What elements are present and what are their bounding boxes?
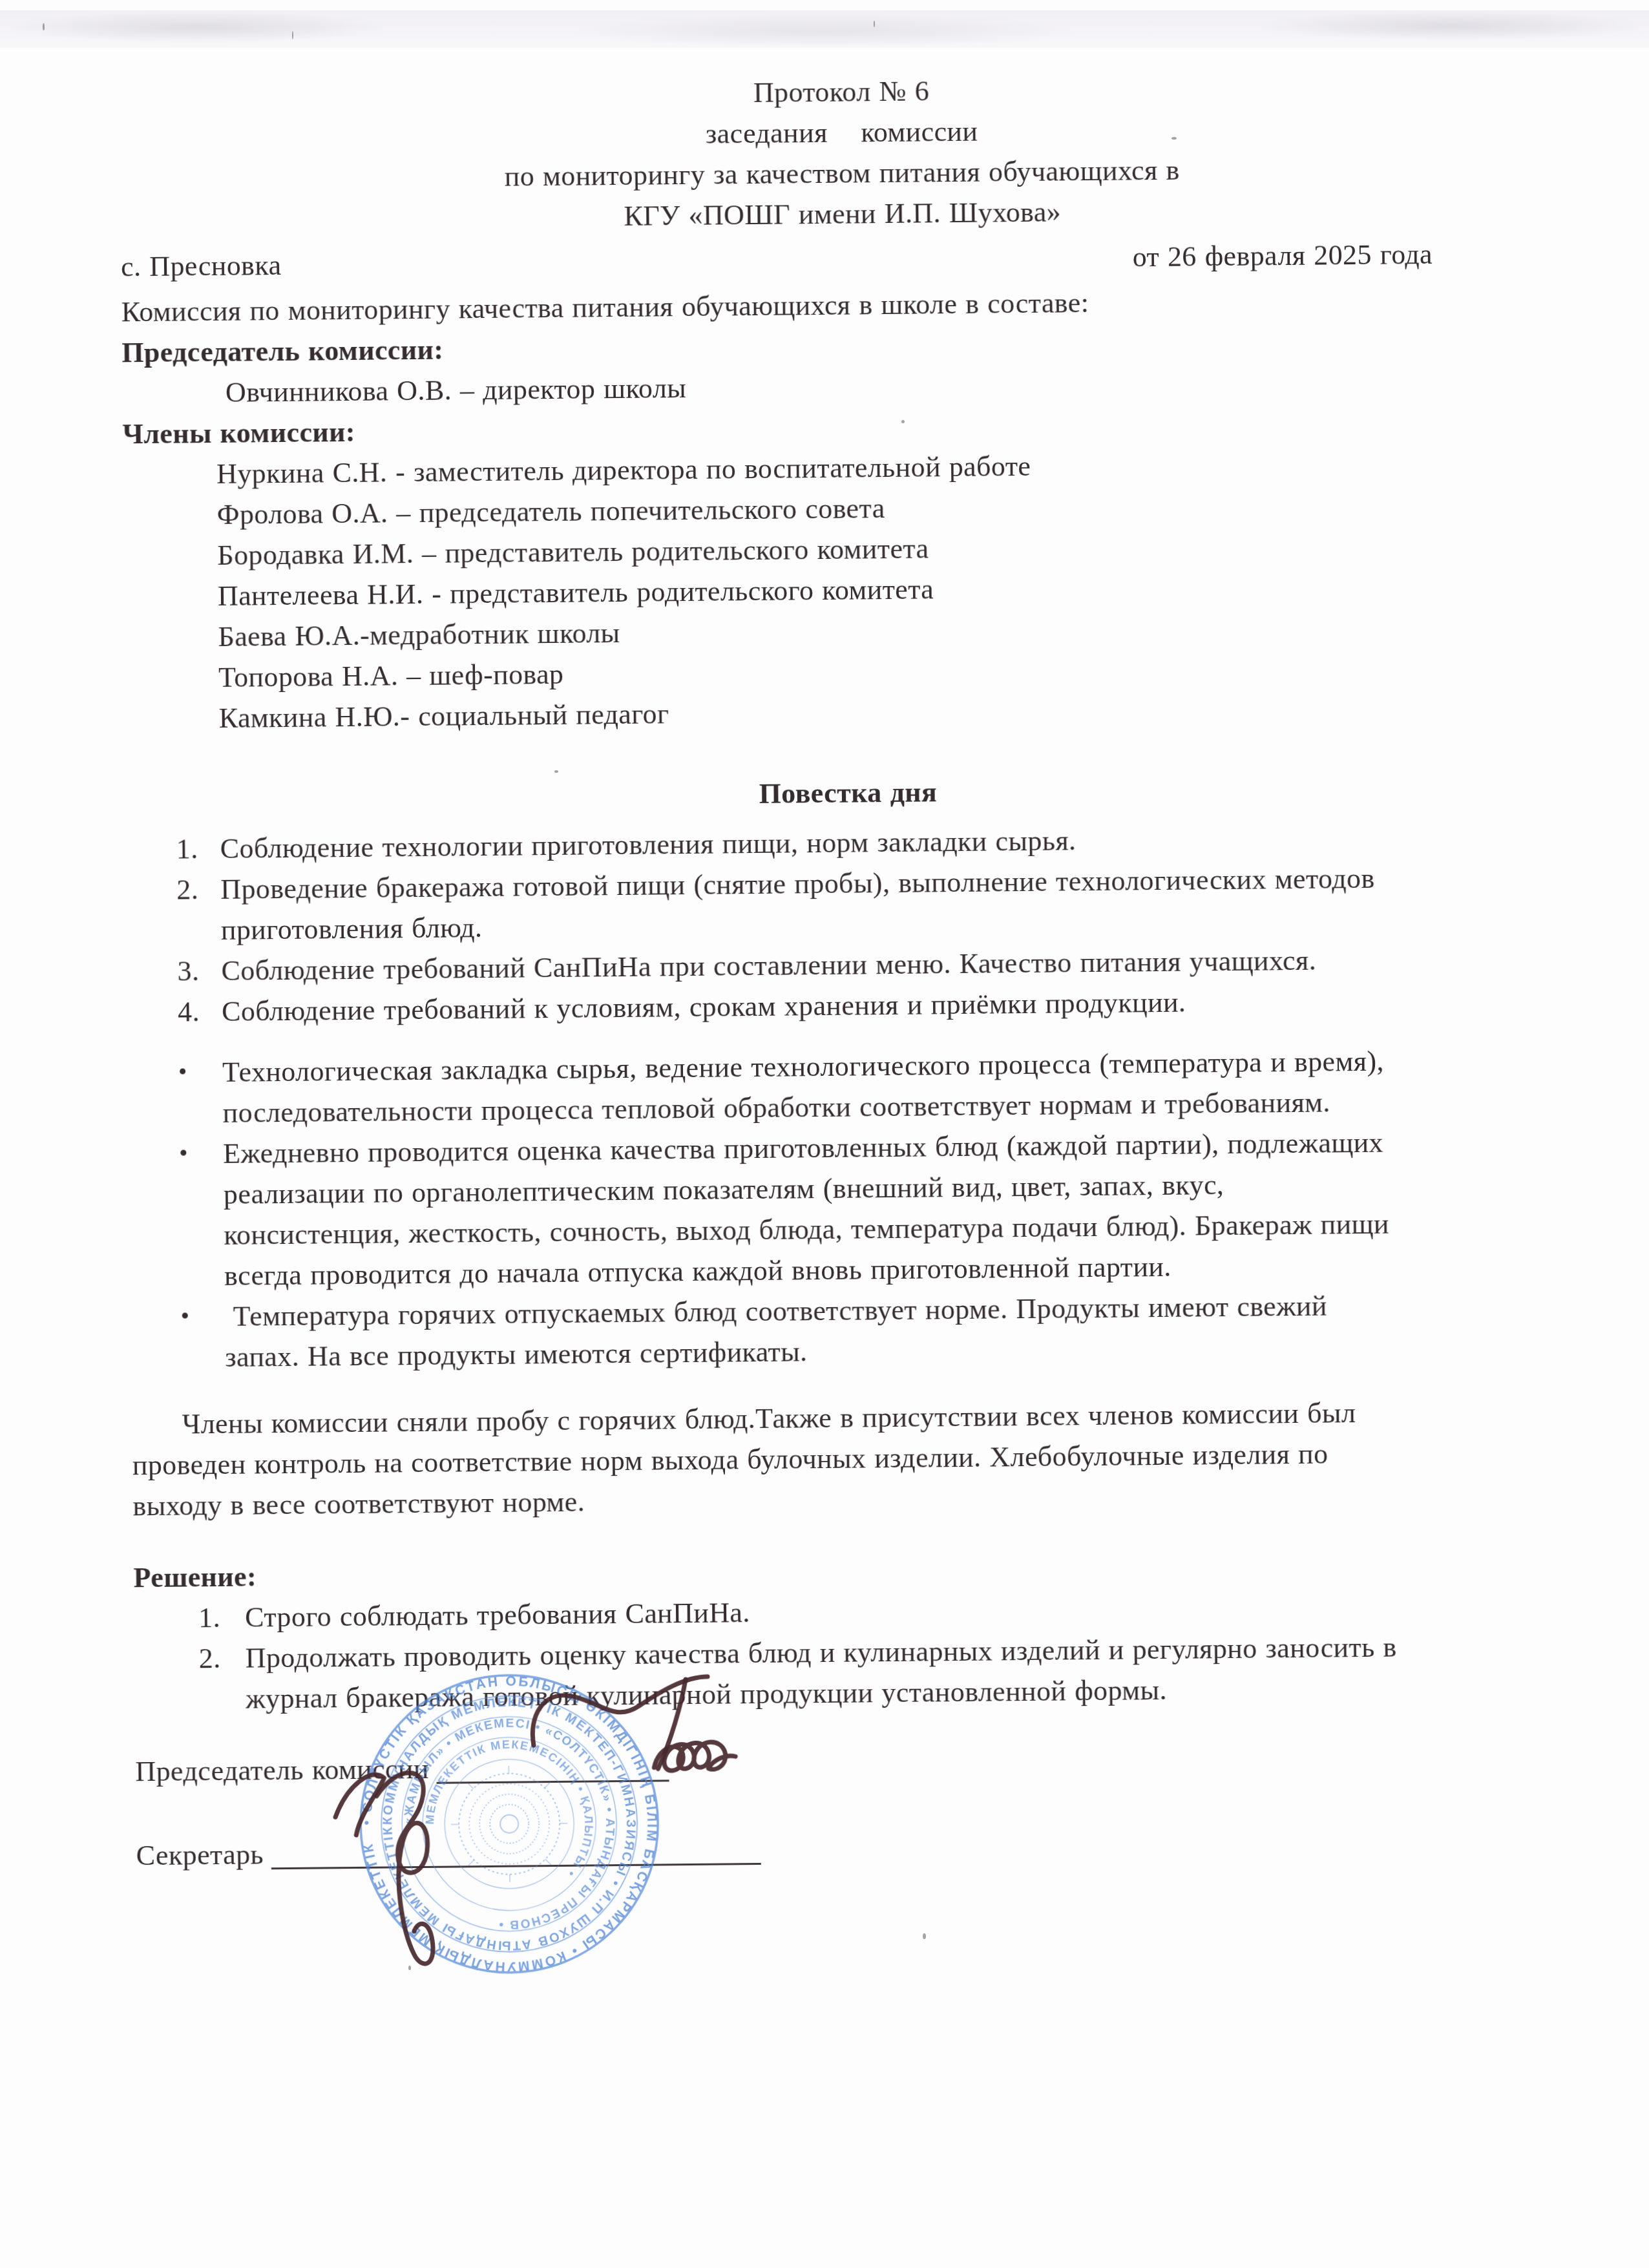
agenda-item-text: Проведение бракеража готовой пищи (сняти… [220, 856, 1571, 950]
decision-list: 1. Строго соблюдать требования СанПиНа. … [134, 1584, 1579, 1720]
finding-item: • Температура горячих отпускаемых блюд с… [131, 1283, 1575, 1378]
agenda-list: 1. Соблюдение технологии приготовления п… [126, 815, 1572, 1033]
bullet-icon: • [180, 1296, 225, 1338]
finding-text: Технологическая закладка сырья, ведение … [222, 1039, 1573, 1133]
place-date-row: с. Пресновка от 26 февраля 2025 года [121, 233, 1566, 287]
conclusion-paragraph: Члены комиссии сняли пробу с горячих блю… [132, 1391, 1577, 1526]
finding-item: • Технологическая закладка сырья, ведени… [129, 1039, 1573, 1134]
document-page: Протокол № 6 заседания комиссии по монит… [0, 0, 1649, 2268]
findings-list: • Технологическая закладка сырья, ведени… [129, 1039, 1576, 1378]
date-label: от 26 февраля 2025 года [1132, 234, 1433, 277]
agenda-heading: Повестка дня [126, 766, 1571, 820]
bullet-icon: • [178, 1052, 223, 1093]
agenda-item-number: 1. [176, 828, 220, 870]
finding-text: Ежедневно проводится оценка качества при… [223, 1120, 1575, 1296]
agenda-item-number: 2. [176, 869, 221, 910]
document-content: Протокол № 6 заседания комиссии по монит… [0, 0, 1649, 2268]
decision-item-number: 1. [198, 1597, 246, 1639]
bullet-icon: • [179, 1133, 224, 1175]
agenda-item-number: 4. [178, 991, 222, 1033]
agenda-item: 2. Проведение бракеража готовой пищи (сн… [127, 856, 1571, 951]
chairman-signature [524, 1666, 745, 1797]
decision-item: 2. Продолжать проводить оценку качества … [134, 1625, 1579, 1720]
document-title-block: Протокол № 6 заседания комиссии по монит… [118, 0, 1564, 241]
decision-item-number: 2. [198, 1638, 246, 1679]
finding-text: Температура горячих отпускаемых блюд соо… [224, 1283, 1575, 1378]
secretary-signature [320, 1746, 517, 2006]
finding-item: • Ежедневно проводится оценка качества п… [129, 1120, 1575, 1297]
agenda-item-number: 3. [177, 950, 222, 992]
place-label: с. Пресновка [121, 245, 282, 287]
secretary-signature-label: Секретарь [136, 1834, 264, 1876]
members-list: Нуркина С.Н. - заместитель директора по … [123, 441, 1570, 739]
